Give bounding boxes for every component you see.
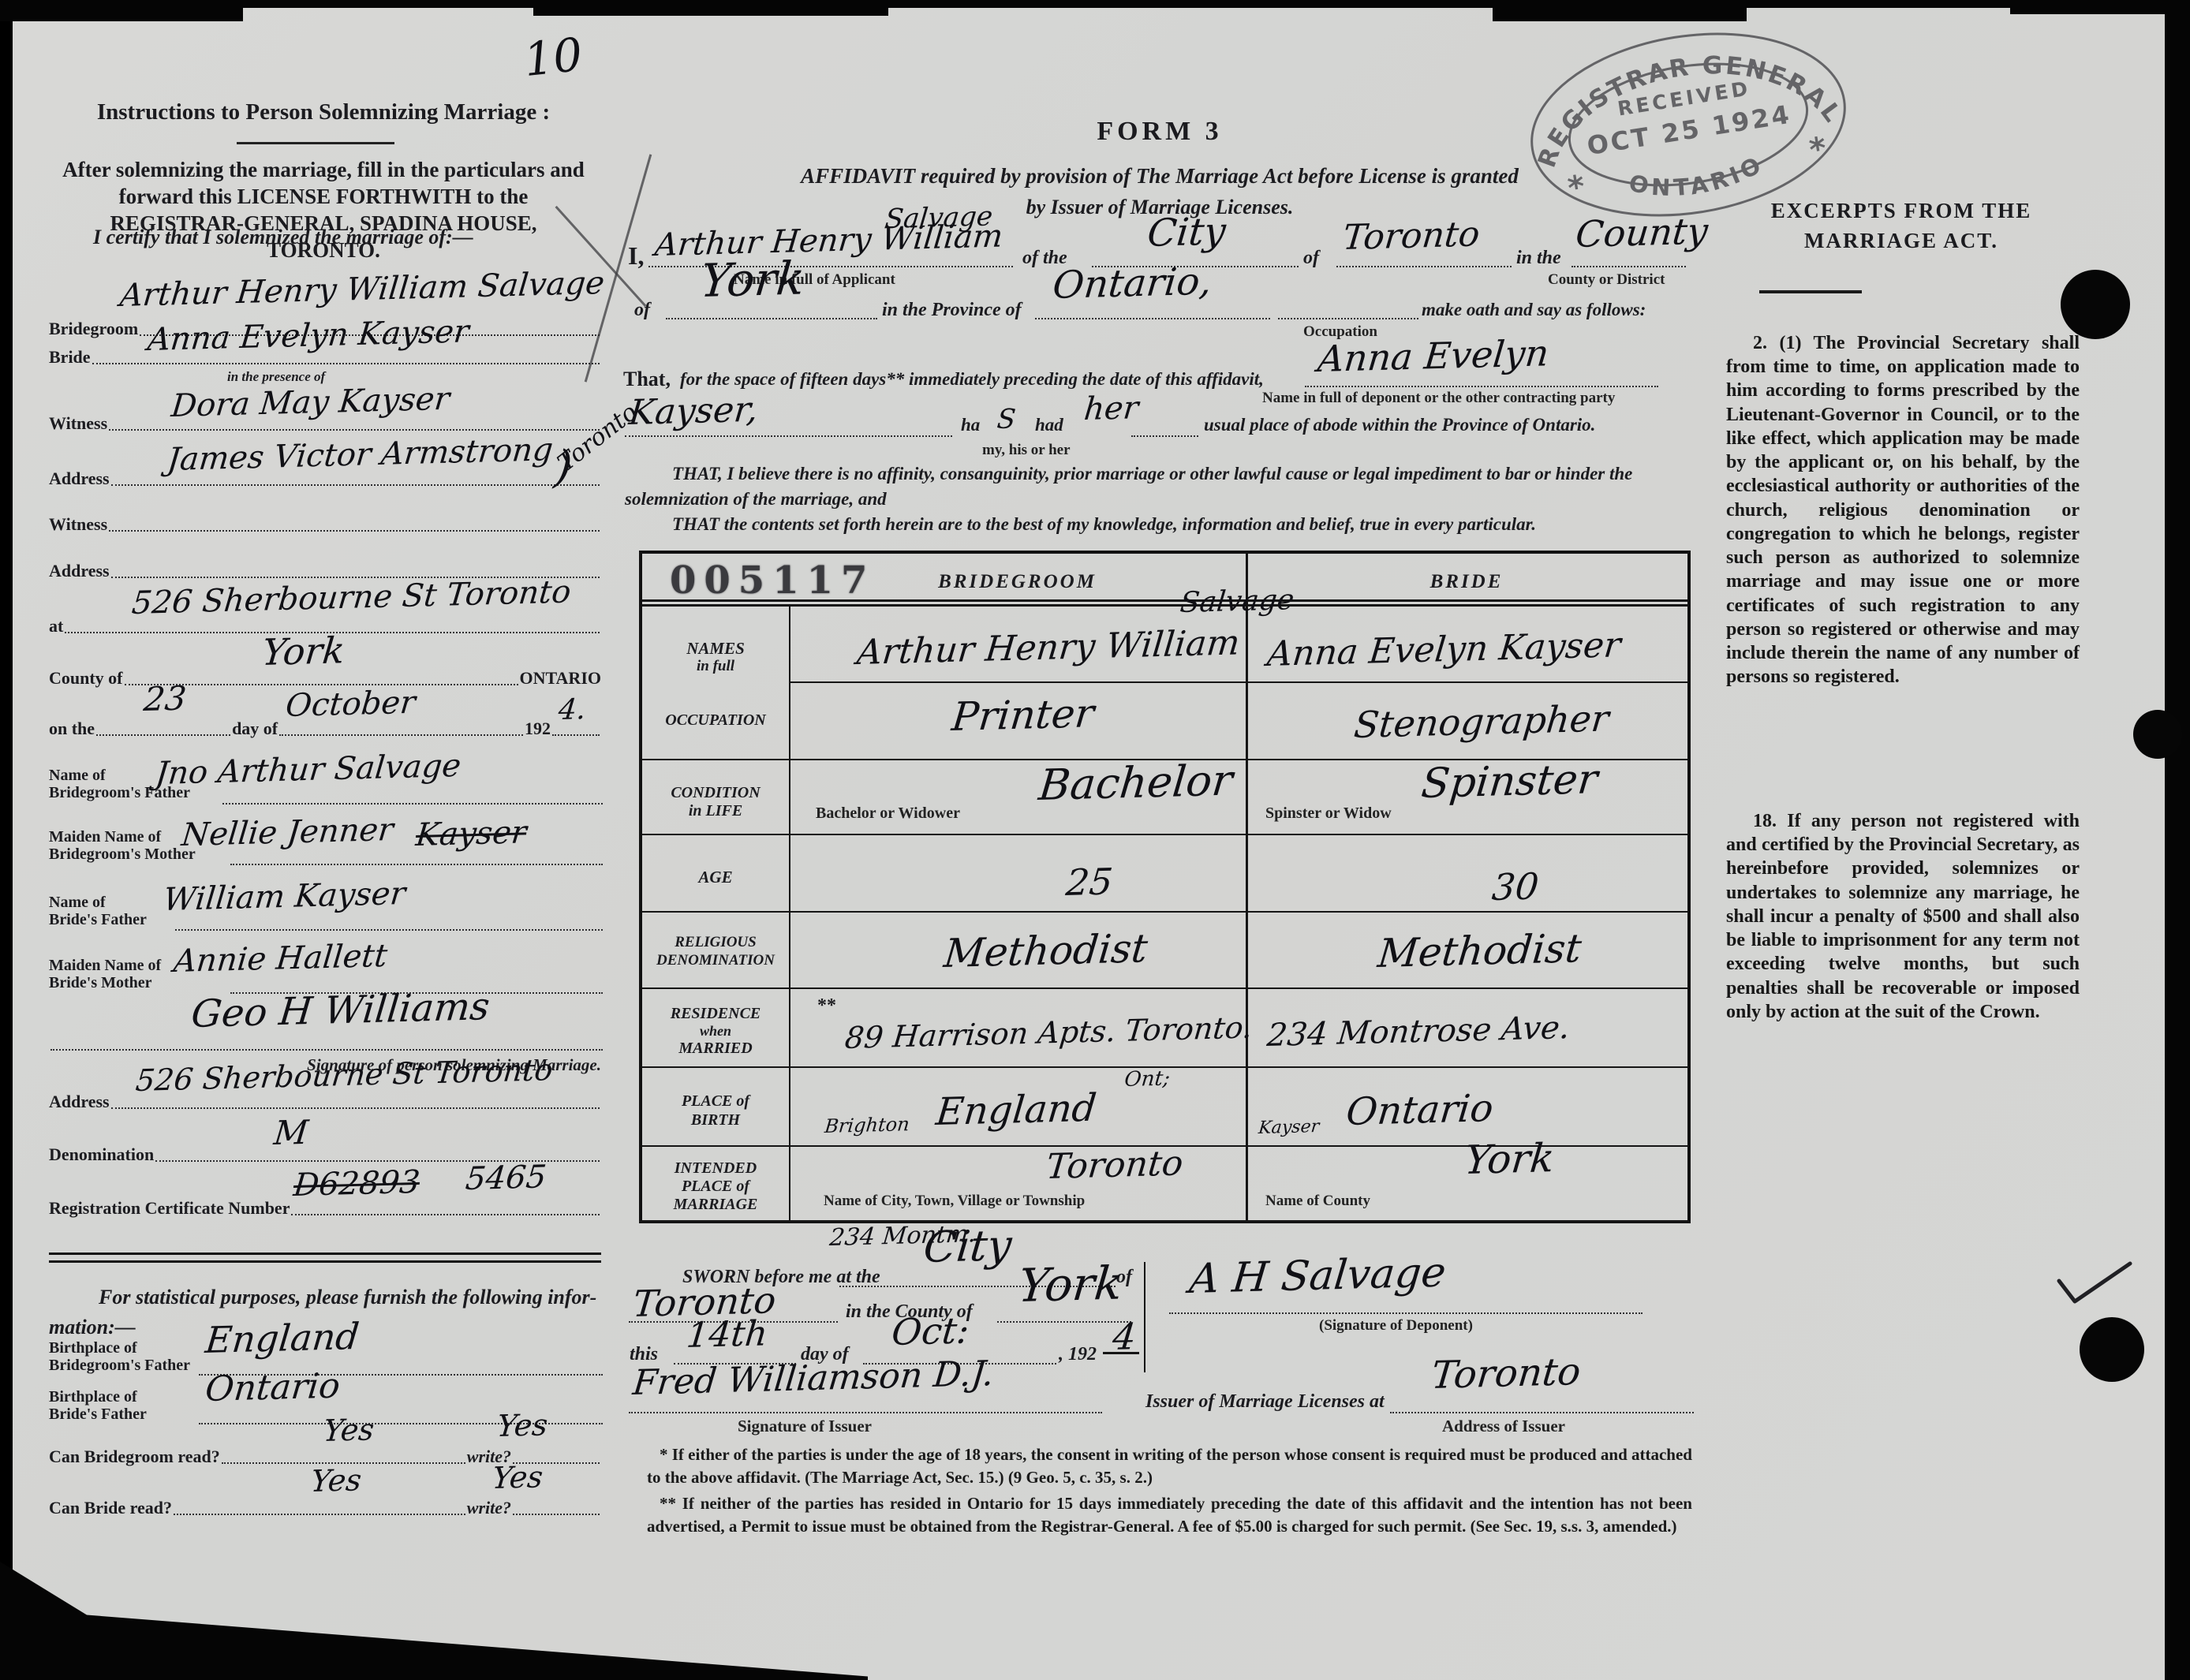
that3-line: THAT the contents set forth herein are t… [672,514,1536,535]
regcert-label: Registration Certificate Number [49,1198,290,1219]
can-bride-write-value: Yes [491,1459,544,1495]
field-witness2: Witness [49,514,601,535]
row-label-intended: INTENDED PLACE of MARRIAGE [642,1159,789,1214]
residence-groom-value: 89 Harrison Apts. Toronto. [843,1010,1254,1055]
left-instructions-heading: Instructions to Person Solemnizing Marri… [55,99,592,125]
can-groom-label: Can Bridegroom read? [49,1447,220,1467]
can-bride-read-value: Yes [309,1462,363,1499]
header-rule [642,599,1687,602]
denomination-label: Denomination [49,1144,154,1165]
intended-bride-value: York [1463,1135,1557,1183]
year-strike [1103,1352,1139,1354]
row-label-residence: RESIDENCE when MARRIED [642,1005,789,1058]
bridegroom-label: Bridegroom [49,319,138,339]
scan-edge-top-far-right [2010,0,2190,14]
table-bottom-heavy-rule [639,1220,1687,1223]
ha-s-script: S [996,403,1017,435]
dotted-line [629,1410,1102,1413]
mother-bride-value: Annie Hallett [172,938,389,980]
sworn-county-script: York [1016,1256,1125,1312]
names-groom-surname: Salvage [1179,584,1295,619]
religion-bride-value: Methodist [1376,925,1583,976]
table-vline-center [1246,554,1248,1220]
deponent-caption: (Signature of Deponent) [1319,1317,1473,1335]
footnote-2: ** If neither of the parties has resided… [647,1492,1692,1538]
issuer-at-label: Issuer of Marriage Licenses at [1145,1391,1385,1413]
label-line: Bridegroom's Mother [49,846,196,863]
address1-label: Address [49,469,110,489]
dotted-line [279,733,523,736]
year-prefix: 192 [525,719,551,739]
religion-groom-value: Methodist [942,925,1149,976]
label-line: in full [642,658,789,675]
row-label-birth: PLACE of BIRTH [642,1092,789,1129]
dotted-line [1336,264,1512,267]
issuer-at-script: Toronto [1429,1350,1583,1398]
province-label: in the Province of [882,300,1022,321]
at-label: at [49,616,63,637]
dotted-line [222,801,603,805]
applicant-surname: Salvage [884,200,994,235]
label-line: when [642,1023,789,1040]
deponent-signature: A H Salvage [1187,1249,1448,1303]
label-line: Name of [49,894,147,911]
birth-bride-place: Kayser [1258,1117,1320,1138]
label-line: PLACE of [642,1092,789,1111]
label-line: Maiden Name of [49,828,196,846]
dotted-line [552,733,600,736]
condition-groom-sublabel: Bachelor or Widower [816,805,960,823]
marriage-affidavit-scan: 10 Instructions to Person Solemnizing Ma… [0,0,2190,1680]
dotted-line [1035,316,1270,319]
of1-label: of [1303,248,1319,269]
ontario-word: ONTARIO [520,668,602,689]
county-label: County of [49,668,123,689]
birth-groom-place: Brighton [824,1113,910,1137]
on-the-label: on the [49,719,95,739]
age-bride-value: 30 [1490,864,1541,909]
bp-groom-label: Birthplace of Bridegroom's Father [49,1339,190,1375]
abode-text: usual place of abode within the Province… [1204,415,1595,435]
scan-edge-top [0,0,2190,8]
county-name: York [698,252,807,308]
label-line: BIRTH [642,1111,789,1129]
heading-divider [237,142,394,144]
deponent-first: Anna Evelyn [1316,331,1551,380]
dotted-line [1131,434,1198,437]
solemnizer-signature: Geo H Williams [189,984,491,1036]
condition-bride-value: Spinster [1419,756,1600,808]
ha-label: ha [961,415,980,435]
table-col-bridegroom: BRIDEGROOM [789,571,1246,593]
father-bride-label: Name of Bride's Father [49,894,147,929]
bp-bride-value: Ontario [204,1366,342,1409]
dotted-line [1305,384,1658,387]
row-line [642,987,1687,989]
field-can-bride: Can Bride read?write? [49,1498,601,1518]
row-line [642,911,1687,913]
dotted-line [50,1047,603,1051]
city-name: Toronto [1341,215,1482,258]
dotted-line [291,1212,600,1215]
scan-edge-top-right [1493,0,1747,21]
row-line [642,834,1687,835]
label-line: Bridegroom's Father [49,1357,190,1374]
scan-edge-top-mid [533,0,888,16]
dotted-line [111,1106,600,1109]
my-his-her-label: my, his or her [982,442,1071,459]
label-line: Bride's Father [49,1406,147,1423]
dotted-line [1278,316,1418,319]
excerpts-heading-line1: EXCERPTS FROM THE [1724,199,2079,223]
day-of-label: day of [232,719,278,739]
residence-bride-value: 234 Montrose Ave. [1265,1010,1571,1054]
birth-groom-value: England [934,1086,1098,1134]
label-line: in LIFE [642,802,789,820]
punch-hole-middle [2133,710,2182,759]
scan-edge-top-left [0,0,243,21]
row-label-religion: RELIGIOUS DENOMINATION [642,934,789,970]
regcert-struck-value: D62893 [292,1164,421,1204]
dotted-line [1169,1311,1642,1314]
mother-groom-struck-value: Kayser [414,814,528,853]
names-bride-value: Anna Evelyn Kayser [1265,625,1623,674]
write-label: write? [467,1498,511,1518]
birth-bride-value: Ontario [1344,1086,1495,1134]
checkmark-annotation [2050,1256,2136,1312]
that2-line2: solemnization of the marriage, and [625,489,887,510]
bp-bride-label: Birthplace of Bride's Father [49,1388,147,1424]
condition-bride-sublabel: Spinster or Widow [1265,805,1392,823]
label-line: Bride's Father [49,911,147,928]
dotted-line [513,1512,600,1515]
mother-groom-label: Maiden Name of Bridegroom's Mother [49,828,196,864]
her-script: her [1082,390,1140,427]
that2-line1: THAT, I believe there is no affinity, co… [672,464,1632,484]
can-groom-read-value: Yes [322,1412,376,1448]
label-line: DENOMINATION [642,952,789,970]
row-label-age: AGE [642,868,789,887]
row-label-occupation: OCCUPATION [642,711,789,730]
section-divider [49,1253,601,1263]
occupation-groom-value: Printer [950,690,1096,740]
address3-label: Address [49,1092,110,1112]
address2-label: Address [49,561,110,581]
label-line: PLACE of [642,1178,789,1196]
dotted-line [111,483,600,486]
affidavit-title-line1: AFFIDAVIT required by provision of The M… [647,164,1672,189]
label-line: RESIDENCE [642,1005,789,1023]
intended-bride-sublabel: Name of County [1265,1193,1370,1210]
father-bride-value: William Kayser [162,875,407,918]
county-district-label: County or District [1548,271,1665,289]
witness1-value: Dora May Kayser [170,381,451,424]
dotted-line [997,1320,1131,1323]
form-number: FORM 3 [907,117,1412,147]
header-rule2 [642,604,1687,607]
dotted-line [1390,1410,1694,1413]
excerpts-heading-line2: MARRIAGE ACT. [1724,229,2079,253]
age-groom-value: 25 [1064,860,1115,904]
oath-text: make oath and say as follows: [1422,300,1646,320]
punch-hole-top [2061,270,2130,339]
excerpts-paragraph-2: 18. If any person not registered with an… [1726,809,2080,1024]
regcert-value: 5465 [464,1159,548,1197]
city-word: City [1145,209,1228,256]
mother-groom-value: Nellie Jenner [180,812,395,853]
dotted-line [96,733,230,736]
sworn-day-script: 14th [685,1313,769,1356]
issuer-caption: Signature of Issuer [738,1417,872,1436]
sworn-vertical-rule [1144,1262,1145,1372]
certify-line: I certify that I solemnized the marriage… [93,226,473,249]
county-value: York [260,629,346,674]
label-line: Bride's Mother [49,974,161,991]
stamp-star-left: * [1565,169,1587,207]
sworn-year-prefix: , 192 [1059,1344,1097,1365]
i-comma: I, [628,241,644,271]
excerpts-paragraph-1: 2. (1) The Provincial Secretary shall fr… [1726,331,2080,689]
dotted-line [92,361,600,364]
dotted-line [109,427,600,431]
that-word: That, [623,368,671,391]
can-groom-write-value: Yes [495,1407,549,1443]
dotted-line [109,528,600,532]
bride-label: Bride [49,347,91,368]
bp-groom-value: England [204,1315,361,1361]
dotted-line [666,316,877,319]
label-line: MARRIED [642,1040,789,1058]
issuer-address-caption: Address of Issuer [1442,1417,1565,1436]
dotted-line [230,862,603,865]
intended-groom-value: Toronto [1045,1144,1185,1187]
field-address3: Address [49,1092,601,1112]
stat-heading-line2: mation:— [49,1316,136,1339]
residence-marks: ** [817,995,836,1017]
had-label: had [1035,415,1063,435]
dotted-line [625,434,952,437]
sworn-month-script: Oct: [890,1309,971,1353]
day-value: 23 [142,679,188,719]
occupation-bride-value: Stenographer [1352,697,1611,746]
witness1-label: Witness [49,413,107,434]
month-value: October [284,685,417,724]
year-value: 4. [557,693,587,726]
label-line: INTENDED [642,1159,789,1178]
stat-heading-line1: For statistical purposes, please furnish… [99,1286,596,1309]
residence-groom-sub: Ont; [1123,1067,1171,1092]
sworn-city-script: City [921,1220,1014,1272]
row-label-condition: CONDITION in LIFE [642,784,789,820]
dotted-line [1571,264,1686,267]
excerpts-divider [1759,290,1862,293]
label-line: Birthplace of [49,1339,190,1357]
presence-label: in the presence of [227,369,325,385]
affidavit-table: 005117 BRIDEGROOM BRIDE NAMES in full OC… [639,551,1691,1223]
label-line: Birthplace of [49,1388,147,1406]
row-line [789,681,1687,683]
deponent-label: Name in full of deponent or the other co… [1262,390,1615,407]
of2-label: of [634,300,650,321]
can-bride-label: Can Bride read? [49,1498,172,1518]
label-line: NAMES [642,639,789,658]
that-text: for the space of fifteen days** immediat… [680,369,1264,390]
footnote-1: * If either of the parties is under the … [647,1443,1692,1489]
names-groom-value: Arthur Henry William [855,622,1242,673]
stamp-star-right: * [1807,130,1829,169]
deponent-surname: Kayser, [627,390,760,433]
condition-groom-value: Bachelor [1037,756,1235,810]
punch-hole-bottom [2080,1317,2144,1382]
label-line: Maiden Name of [49,957,161,974]
dotted-line [175,928,603,931]
label-line: MARRIAGE [642,1196,789,1214]
handwritten-page-number: 10 [521,28,585,87]
scan-edge-right [2165,0,2190,1680]
dotted-line [174,1512,465,1515]
mother-bride-label: Maiden Name of Bride's Mother [49,957,161,992]
denomination-value: M [272,1113,310,1152]
intended-groom-sublabel: Name of City, Town, Village or Township [824,1193,1085,1210]
province-value: Ontario, [1051,259,1214,308]
witness2-label: Witness [49,514,107,535]
row-label-names: NAMES in full [642,639,789,675]
label-line: RELIGIOUS [642,934,789,952]
label-line: CONDITION [642,784,789,802]
table-col-bride: BRIDE [1246,571,1687,593]
